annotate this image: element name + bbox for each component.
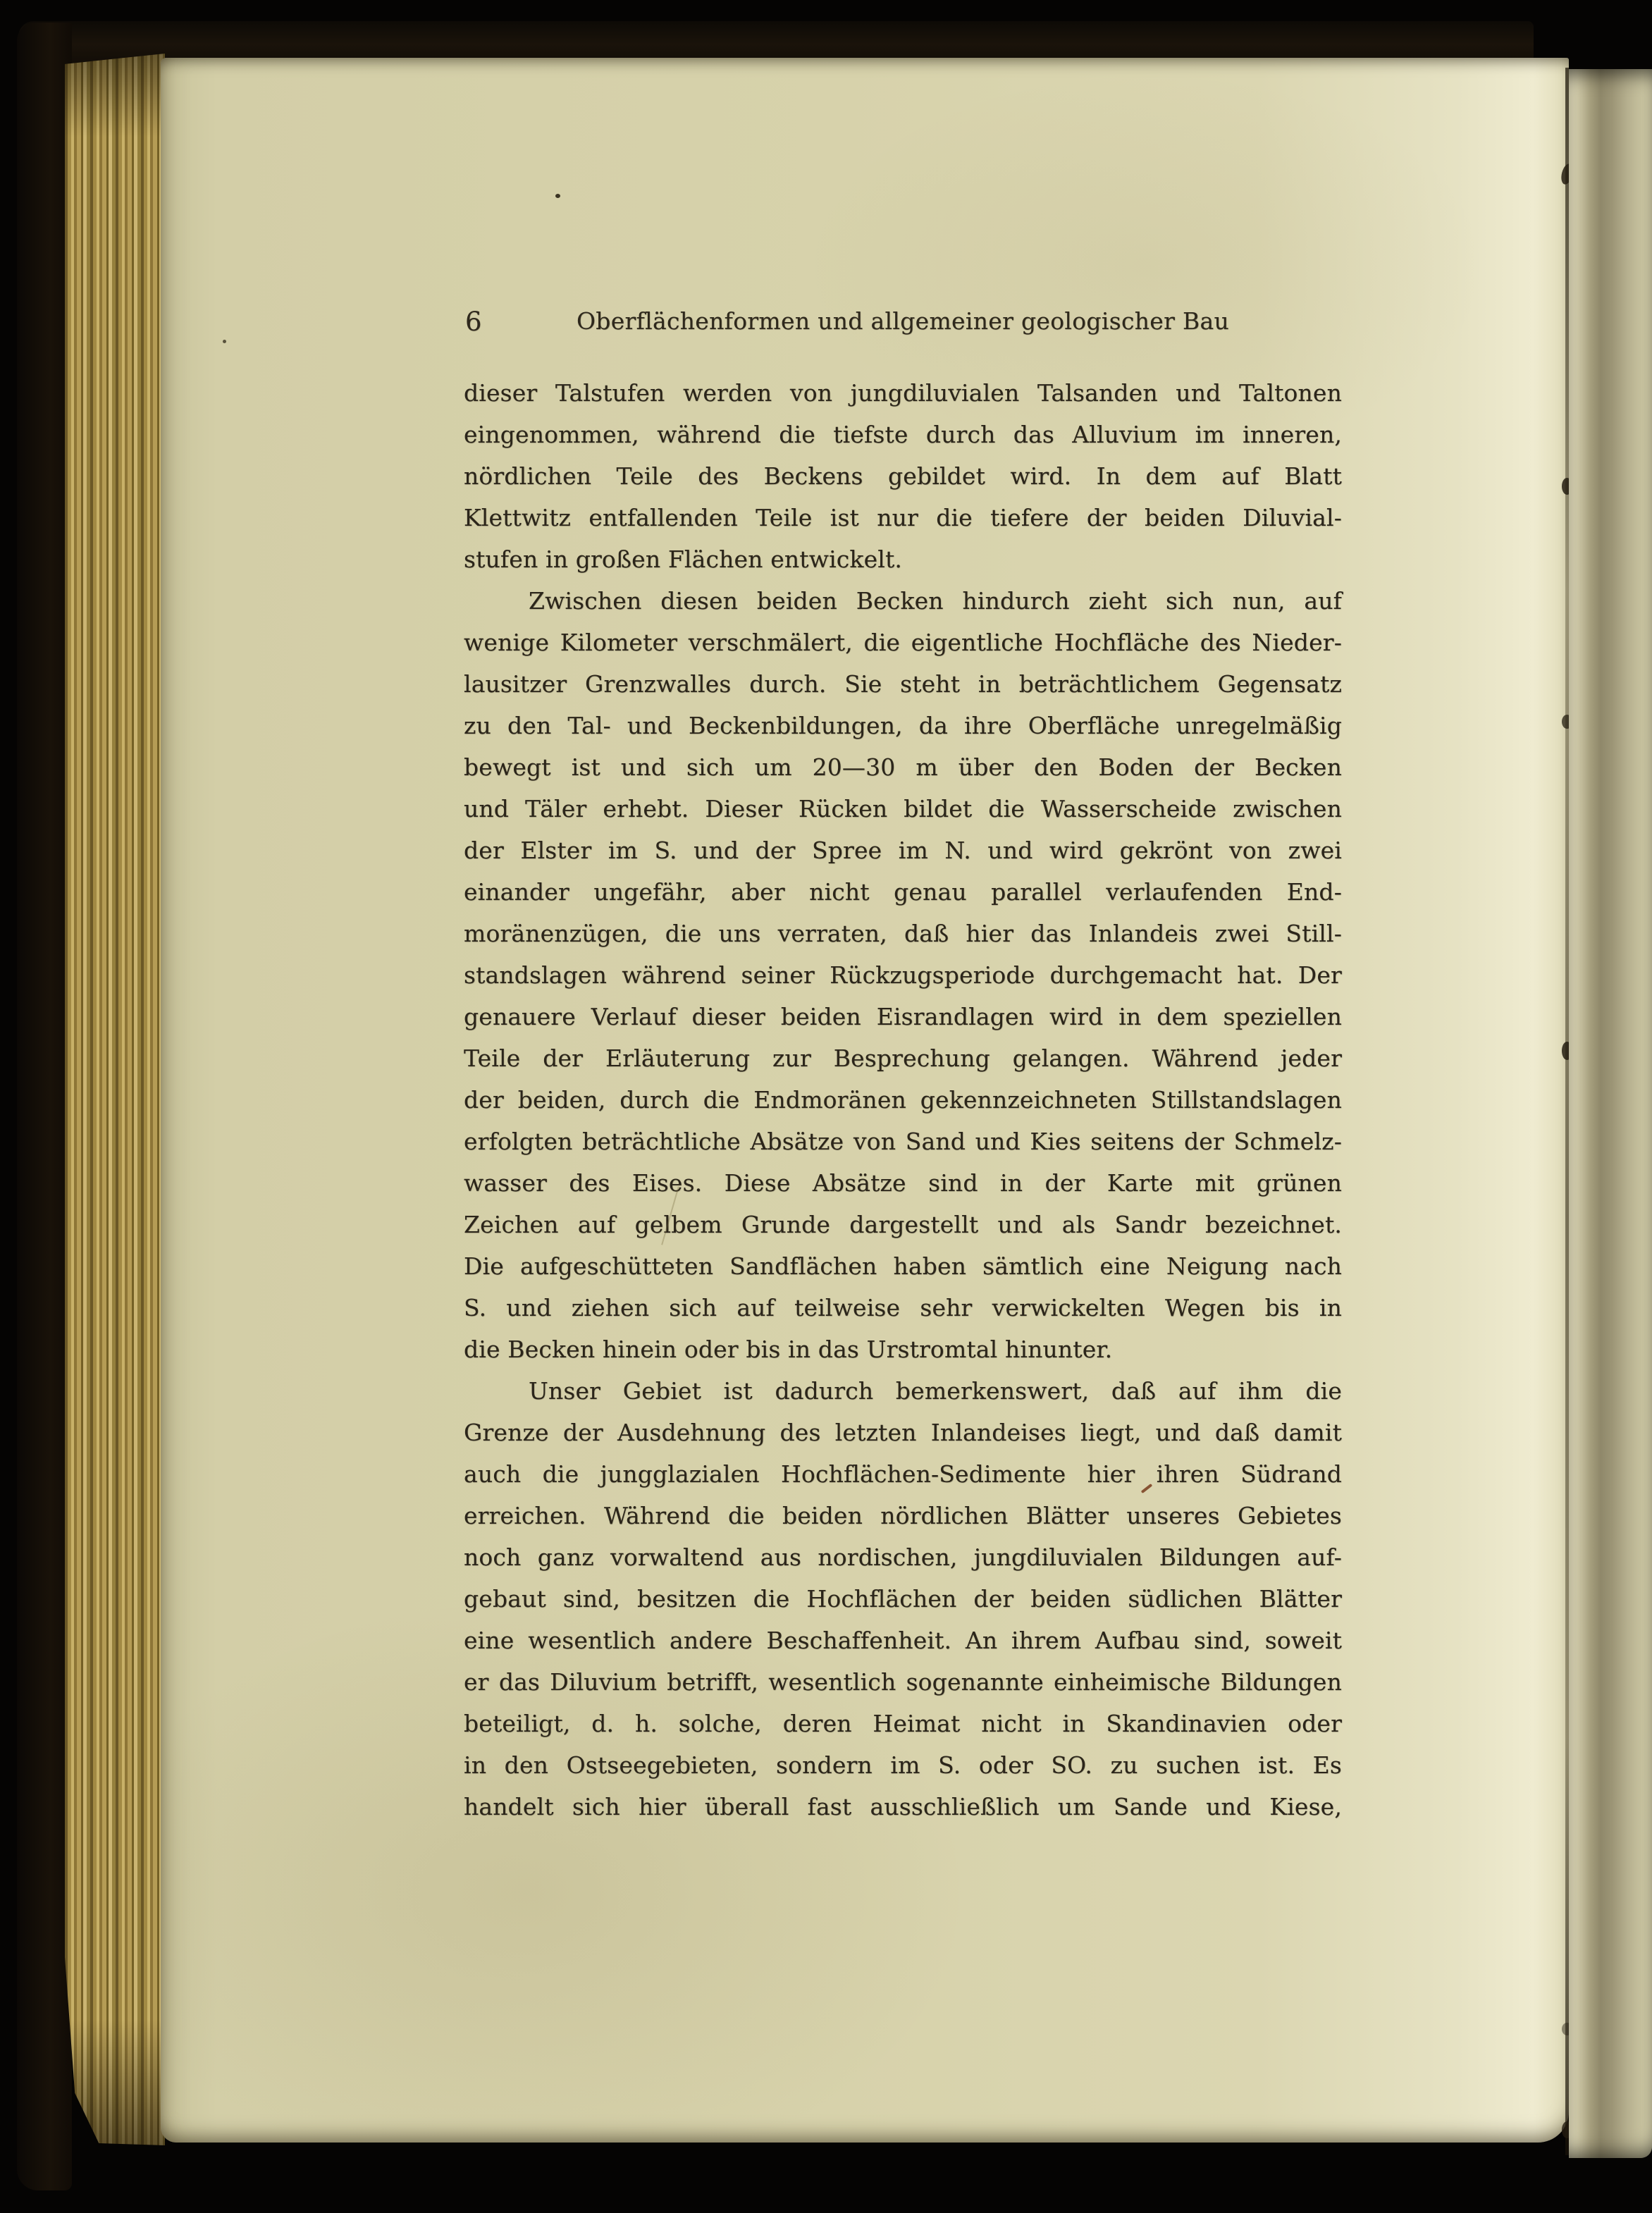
text-line: noch ganz vorwaltend aus nordischen, jun…	[464, 1536, 1342, 1578]
text-line: und Täler erhebt. Dieser Rücken bildet d…	[464, 788, 1342, 830]
text-line: eingenommen, während die tiefste durch d…	[464, 414, 1342, 455]
text-line: der Elster im S. und der Spree im N. und…	[464, 830, 1342, 871]
running-header: Oberflächenformen und allgemeiner geolog…	[464, 306, 1342, 337]
text-line: stufen in großen Flächen entwickelt.	[464, 538, 1342, 580]
book-cover-edge-left	[17, 23, 72, 2190]
text-line: beteiligt, d. h. solche, deren Heimat ni…	[464, 1703, 1342, 1744]
text-line: Die aufgeschütteten Sandflächen haben sä…	[464, 1245, 1342, 1287]
text-line: genauere Verlauf dieser beiden Eisrandla…	[464, 996, 1342, 1037]
paper-speck	[912, 929, 915, 932]
text-line: lausitzer Grenzwalles durch. Sie steht i…	[464, 663, 1342, 705]
paper-speck	[223, 340, 226, 343]
text-line: standslagen während seiner Rückzugsperio…	[464, 954, 1342, 996]
text-line: erfolgten beträchtliche Absätze von Sand…	[464, 1121, 1342, 1162]
text-line: dieser Talstufen werden von jungdiluvial…	[464, 372, 1342, 414]
paragraph: Zwischen diesen beiden Becken hindurch z…	[464, 580, 1342, 1370]
text-line: zu den Tal- und Beckenbildungen, da ihre…	[464, 705, 1342, 746]
paragraph: dieser Talstufen werden von jungdiluvial…	[464, 372, 1342, 580]
text-line: Klettwitz entfallenden Teile ist nur die…	[464, 497, 1342, 538]
text-line: bewegt ist und sich um 20—30 m über den …	[464, 746, 1342, 788]
book-cover-edge-top	[18, 21, 1534, 63]
page-number: 6	[465, 307, 482, 338]
text-line: wenige Kilometer verschmälert, die eigen…	[464, 622, 1342, 663]
text-line: Zeichen auf gelbem Grunde dargestellt un…	[464, 1204, 1342, 1245]
book-scan: 6 Oberflächenformen und allgemeiner geol…	[0, 0, 1652, 2213]
text-line: Grenze der Ausdehnung des letzten Inland…	[464, 1412, 1342, 1453]
text-line: handelt sich hier überall fast ausschlie…	[464, 1786, 1342, 1827]
text-line: er das Diluvium betrifft, wesentlich sog…	[464, 1661, 1342, 1703]
paper-speck	[555, 194, 560, 198]
facing-page-sliver	[1569, 69, 1652, 2158]
text-line: einander ungefähr, aber nicht genau para…	[464, 871, 1342, 913]
text-line: erreichen. Während die beiden nördlichen…	[464, 1495, 1342, 1536]
text-line: nördlichen Teile des Beckens gebildet wi…	[464, 455, 1342, 497]
text-line: auch die jungglazialen Hochflächen-Sedim…	[464, 1453, 1342, 1495]
text-line: moränenzügen, die uns verraten, daß hier…	[464, 913, 1342, 954]
text-line: S. und ziehen sich auf teilweise sehr ve…	[464, 1287, 1342, 1329]
page-header: 6 Oberflächenformen und allgemeiner geol…	[464, 306, 1342, 338]
page-edge-stack	[65, 54, 165, 2145]
text-line: gebaut sind, besitzen die Hochflächen de…	[464, 1578, 1342, 1620]
paragraph: Unser Gebiet ist dadurch bemerkenswert, …	[464, 1370, 1342, 1827]
book-page: 6 Oberflächenformen und allgemeiner geol…	[161, 58, 1569, 2143]
text-line: in den Ostseegebieten, sondern im S. ode…	[464, 1744, 1342, 1786]
text-line: eine wesentlich andere Beschaffenheit. A…	[464, 1620, 1342, 1661]
body-text: dieser Talstufen werden von jungdiluvial…	[464, 372, 1342, 1827]
text-line: Zwischen diesen beiden Becken hindurch z…	[464, 580, 1342, 622]
text-line: der beiden, durch die Endmoränen gekennz…	[464, 1079, 1342, 1121]
text-line: Teile der Erläuterung zur Besprechung ge…	[464, 1037, 1342, 1079]
text-line: die Becken hinein oder bis in das Urstro…	[464, 1329, 1342, 1370]
text-line: Unser Gebiet ist dadurch bemerkenswert, …	[464, 1370, 1342, 1412]
text-line: wasser des Eises. Diese Absätze sind in …	[464, 1162, 1342, 1204]
